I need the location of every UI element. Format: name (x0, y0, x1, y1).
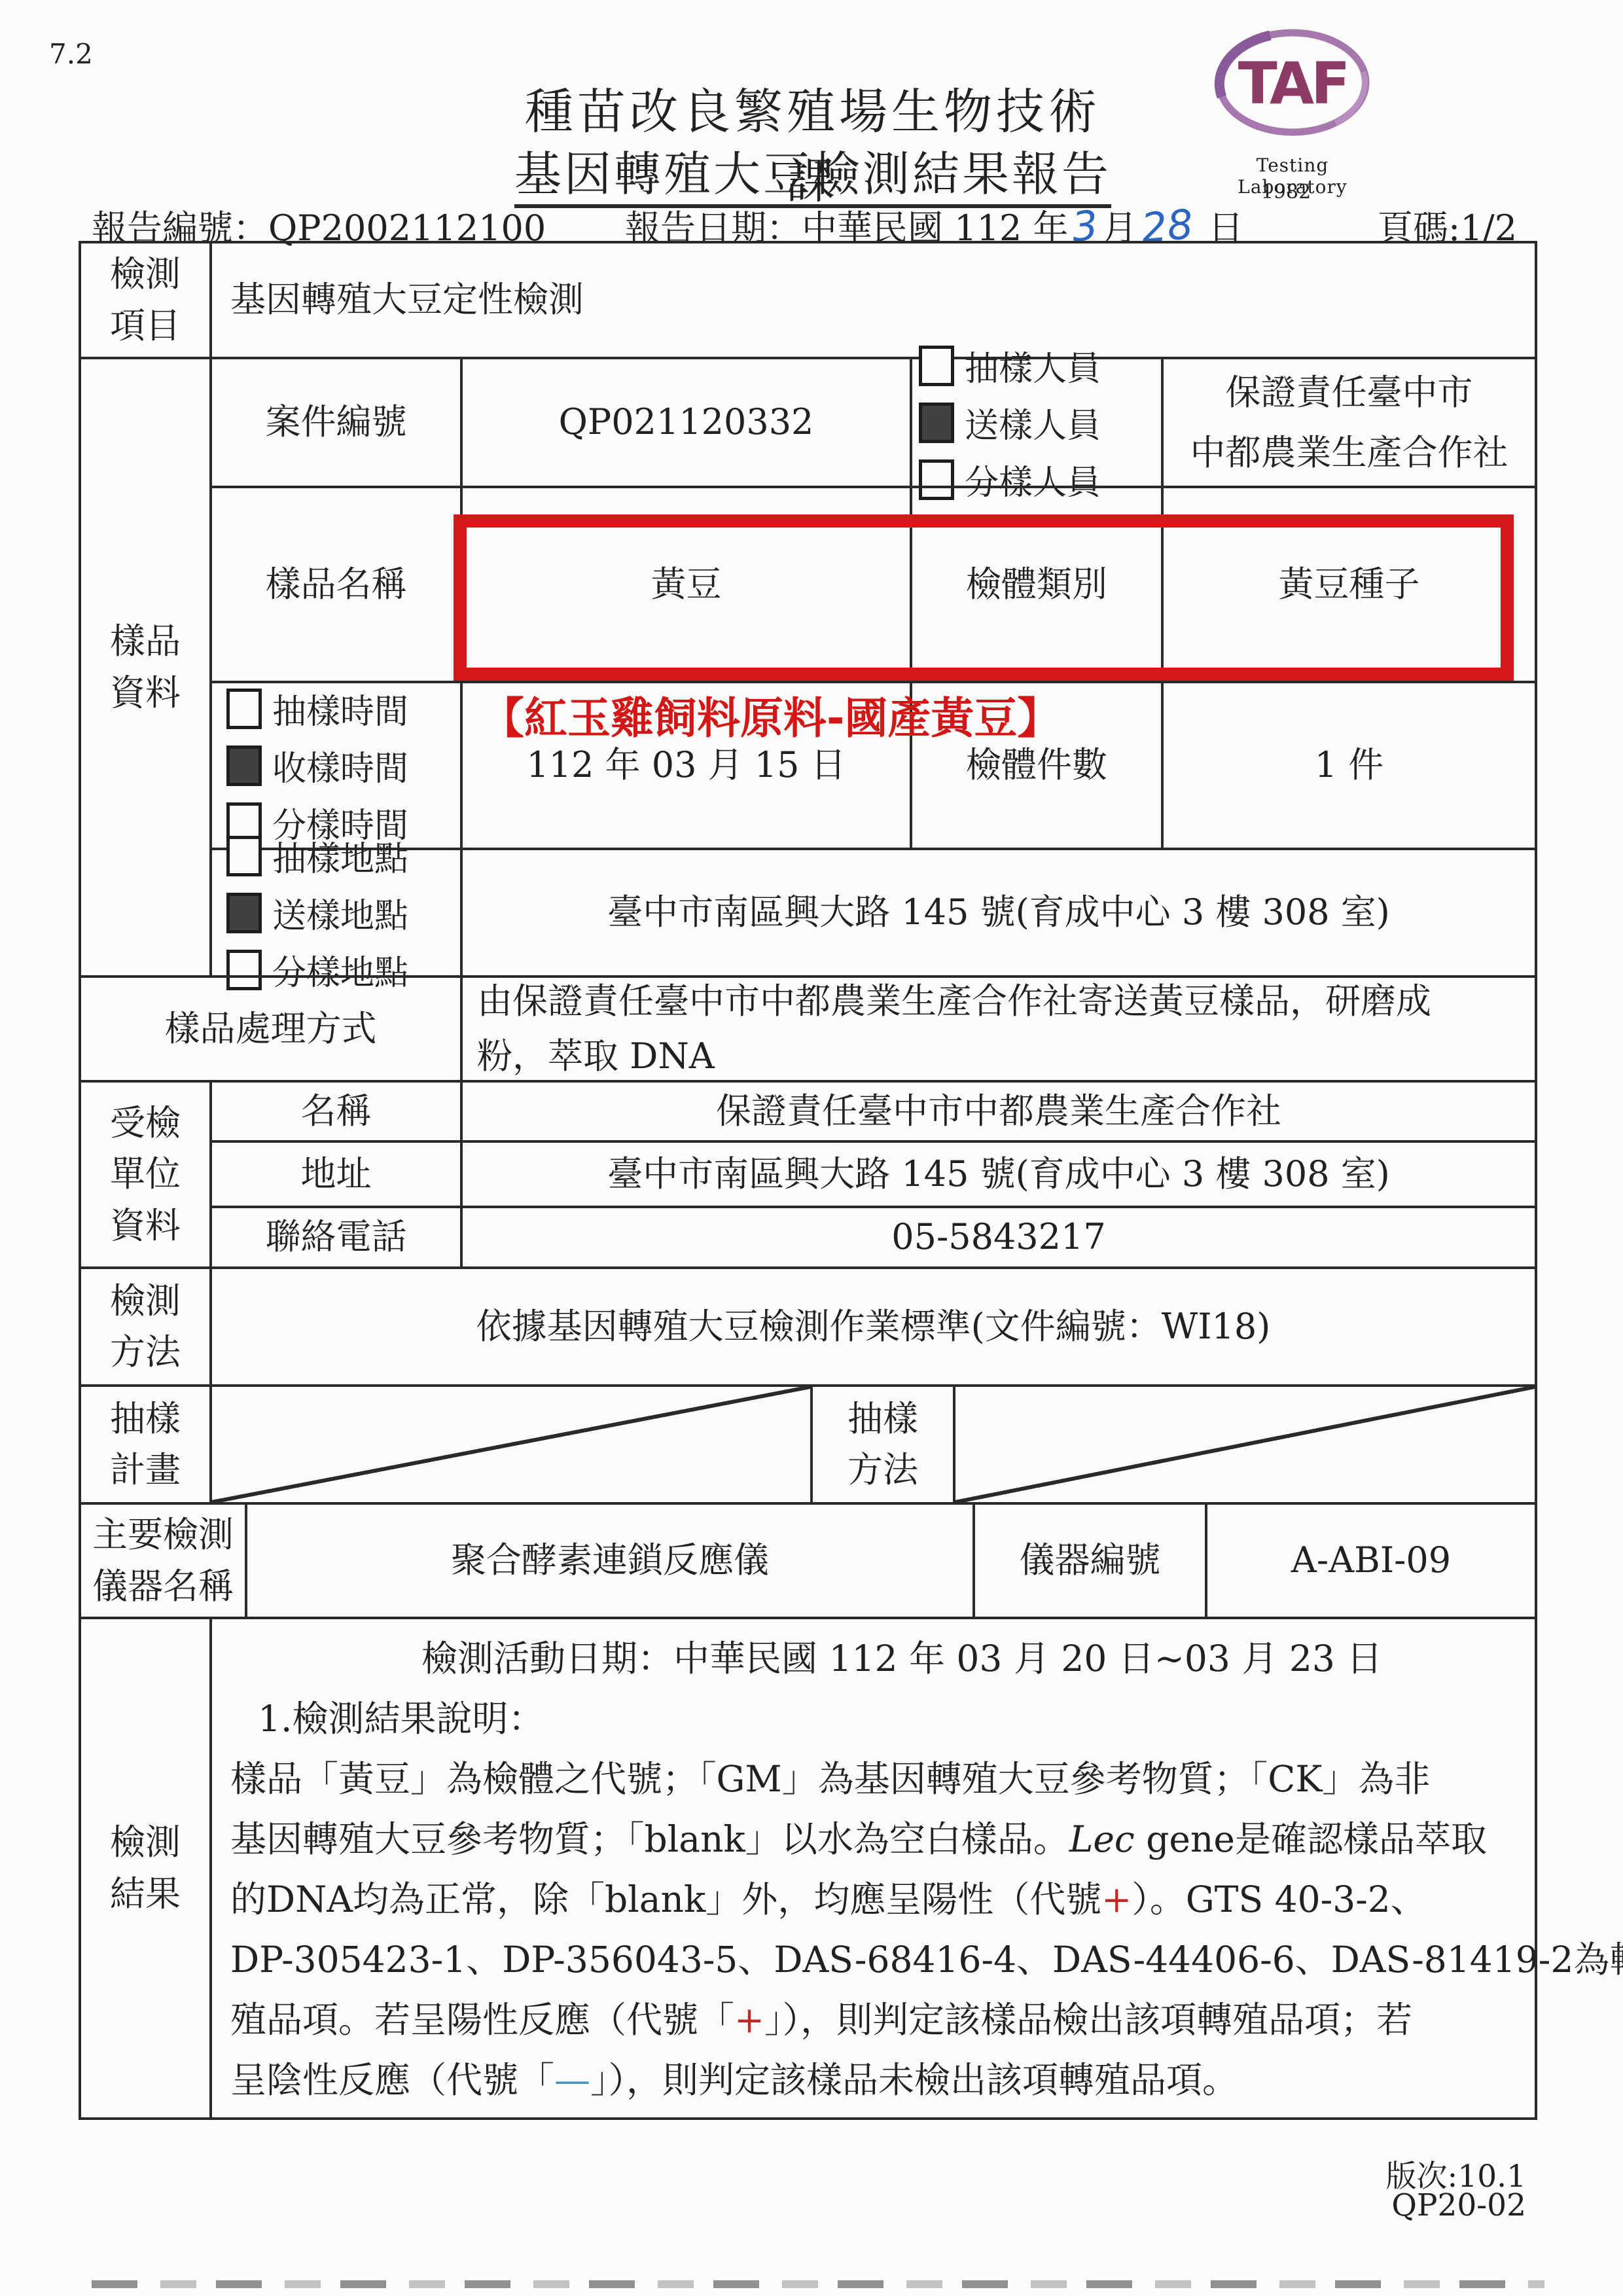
instrument-value-cell: 聚合酵素連鎖反應儀 (245, 1502, 975, 1619)
empty-checkbox (226, 689, 262, 729)
result-text-segment: 1.檢測結果說明： (258, 1698, 544, 1740)
result-text-segment: Lec (1069, 1818, 1135, 1860)
result-text-segment: 檢測活動日期：中華民國 112 年 03 月 20 日~03 月 23 日 (421, 1638, 1382, 1679)
checkbox-row: 抽樣人員 (919, 341, 1101, 390)
case-no-label-cell: 案件編號 (209, 357, 463, 488)
scan-artifact-strip (92, 2280, 1544, 2288)
result-text-segment: 呈陰性反應（代號「 (230, 2059, 554, 2101)
test-method-value-cell: 依據基因轉殖大豆檢測作業標準(文件編號：WI18) (209, 1266, 1537, 1387)
scanned-report-page: 7.2 種苗改良繁殖場生物技術課 基因轉殖大豆檢測結果報告 TAF Testin… (0, 0, 1623, 2296)
result-text-line: 基因轉殖大豆參考物質；「blank」以水為空白樣品。Lec gene是確認樣品萃… (230, 1809, 1487, 1869)
result-label-cell: 檢測 結果 (79, 1617, 212, 2120)
red-overlay-text: 【紅玉雞飼料原料-國產黃豆】 (481, 683, 1060, 745)
sampling-method-label-cell: 抽樣 方法 (810, 1384, 955, 1505)
test-item-label-cell: 檢測 項目 (79, 241, 212, 359)
instrument-no-label-cell: 儀器編號 (972, 1502, 1207, 1619)
result-text-line: 殖品項。若呈陽性反應（代號「+」），則判定該樣品檢出該項轉殖品項；若 (230, 1990, 1412, 2050)
client-phone-value-cell: 05-5843217 (460, 1206, 1537, 1269)
checkbox-row: 抽樣地點 (226, 831, 408, 880)
client-phone-label-cell: 聯絡電話 (209, 1206, 463, 1269)
empty-checkbox (226, 836, 262, 876)
instrument-label-cell: 主要檢測 儀器名稱 (79, 1502, 247, 1619)
test-method-label-cell: 檢測 方法 (79, 1266, 212, 1387)
report-title: 基因轉殖大豆檢測結果報告 (505, 136, 1120, 204)
result-text-segment: gene是確認樣品萃取 (1135, 1818, 1487, 1860)
checkbox-label: 抽樣人員 (965, 341, 1101, 390)
result-text-segment: 樣品「黃豆」為檢體之代號；「GM」為基因轉殖大豆參考物質；「CK」為非 (230, 1758, 1430, 1800)
checked-checkbox (226, 745, 262, 786)
result-text-segment: 」），則判定該樣品檢出該項轉殖品項；若 (764, 1999, 1412, 2041)
footer-doc-number: QP20-02 (1330, 2187, 1526, 2223)
taf-letters: TAF (1238, 50, 1347, 117)
location-value-cell: 臺中市南區興大路 145 號(育成中心 3 樓 308 室) (460, 848, 1537, 978)
client-section-label-cell: 受檢 單位 資料 (79, 1080, 212, 1269)
specimen-count-value-cell: 1 件 (1161, 681, 1537, 850)
checkbox-row: 收樣時間 (226, 741, 408, 790)
checkbox-row: 送樣人員 (919, 398, 1101, 447)
sampling-plan-empty-cell (209, 1384, 813, 1505)
checkbox-label: 抽樣地點 (272, 831, 408, 880)
taf-logo: TAF (1207, 20, 1378, 151)
client-name-value-cell: 保證責任臺中市中都農業生產合作社 (460, 1080, 1537, 1143)
result-text-segment: 基因轉殖大豆參考物質；「blank」以水為空白樣品。 (230, 1818, 1069, 1860)
client-address-value-cell: 臺中市南區興大路 145 號(育成中心 3 樓 308 室) (460, 1140, 1537, 1208)
result-text-line: 1.檢測結果說明： (258, 1689, 544, 1749)
red-highlight-box (454, 514, 1514, 681)
sample-processing-label-cell: 樣品處理方式 (79, 975, 463, 1083)
result-symbol: + (734, 1999, 764, 2041)
checkbox-row: 送樣地點 (226, 888, 408, 937)
checkbox-label: 收樣時間 (272, 741, 408, 790)
client-name-label-cell: 名稱 (209, 1080, 463, 1143)
result-text-segment: ）。GTS 40-3-2、 (1132, 1878, 1426, 1920)
result-text-segment: 殖品項。若呈陽性反應（代號「 (230, 1999, 734, 2041)
case-no-value-cell: QP021120332 (460, 357, 912, 488)
result-text-line: 呈陰性反應（代號「—」），則判定該樣品未檢出該項轉殖品項。 (230, 2050, 1238, 2110)
result-text-segment: DP-305423-1、DP-356043-5、DAS-68416-4、DAS-… (230, 1939, 1623, 1981)
checked-checkbox (919, 403, 954, 443)
checked-checkbox (226, 893, 262, 933)
checkbox-label: 抽樣時間 (272, 684, 408, 733)
result-text-segment: 的DNA均為正常，除「blank」外，均應呈陽性（代號 (230, 1878, 1101, 1920)
result-text-line: 的DNA均為正常，除「blank」外，均應呈陽性（代號+）。GTS 40-3-2… (230, 1869, 1427, 1929)
sampling-plan-label-cell: 抽樣 計畫 (79, 1384, 212, 1505)
client-name-cell: 保證責任臺中市 中都農業生產合作社 (1161, 357, 1537, 488)
result-text-line: 檢測活動日期：中華民國 112 年 03 月 20 日~03 月 23 日 (421, 1628, 1382, 1689)
sample-name-label-cell: 樣品名稱 (209, 486, 463, 683)
result-symbol: + (1101, 1878, 1132, 1920)
result-text-segment: 」），則判定該樣品未檢出該項轉殖品項。 (590, 2059, 1238, 2101)
test-item-value-cell: 基因轉殖大豆定性檢測 (209, 241, 1537, 359)
sample-processing-value-cell: 由保證責任臺中市中都農業生產合作社寄送黃豆樣品，研磨成 粉，萃取 DNA (460, 975, 1537, 1083)
instrument-no-value-cell: A-ABI-09 (1205, 1502, 1537, 1619)
result-text-line: DP-305423-1、DP-356043-5、DAS-68416-4、DAS-… (230, 1929, 1623, 1990)
time-checkbox-group: 抽樣時間收樣時間分樣時間 (209, 681, 463, 850)
sample-info-label-cell: 樣品 資料 (79, 357, 212, 978)
checkbox-row: 抽樣時間 (226, 684, 408, 733)
result-text-line: 樣品「黃豆」為檢體之代號；「GM」為基因轉殖大豆參考物質；「CK」為非 (230, 1749, 1430, 1809)
location-checkbox-group: 抽樣地點送樣地點分樣地點 (209, 848, 463, 978)
client-address-label-cell: 地址 (209, 1140, 463, 1208)
page-corner-number: 7.2 (49, 38, 93, 70)
sampling-method-empty-cell (953, 1384, 1537, 1505)
result-body-cell: 檢測活動日期：中華民國 112 年 03 月 20 日~03 月 23 日1.檢… (209, 1617, 1537, 2120)
checkbox-label: 送樣人員 (965, 398, 1101, 447)
checkbox-label: 送樣地點 (272, 888, 408, 937)
empty-checkbox (919, 346, 954, 386)
result-symbol: — (554, 2059, 590, 2101)
person-checkbox-group: 抽樣人員送樣人員分樣人員 (910, 357, 1164, 488)
